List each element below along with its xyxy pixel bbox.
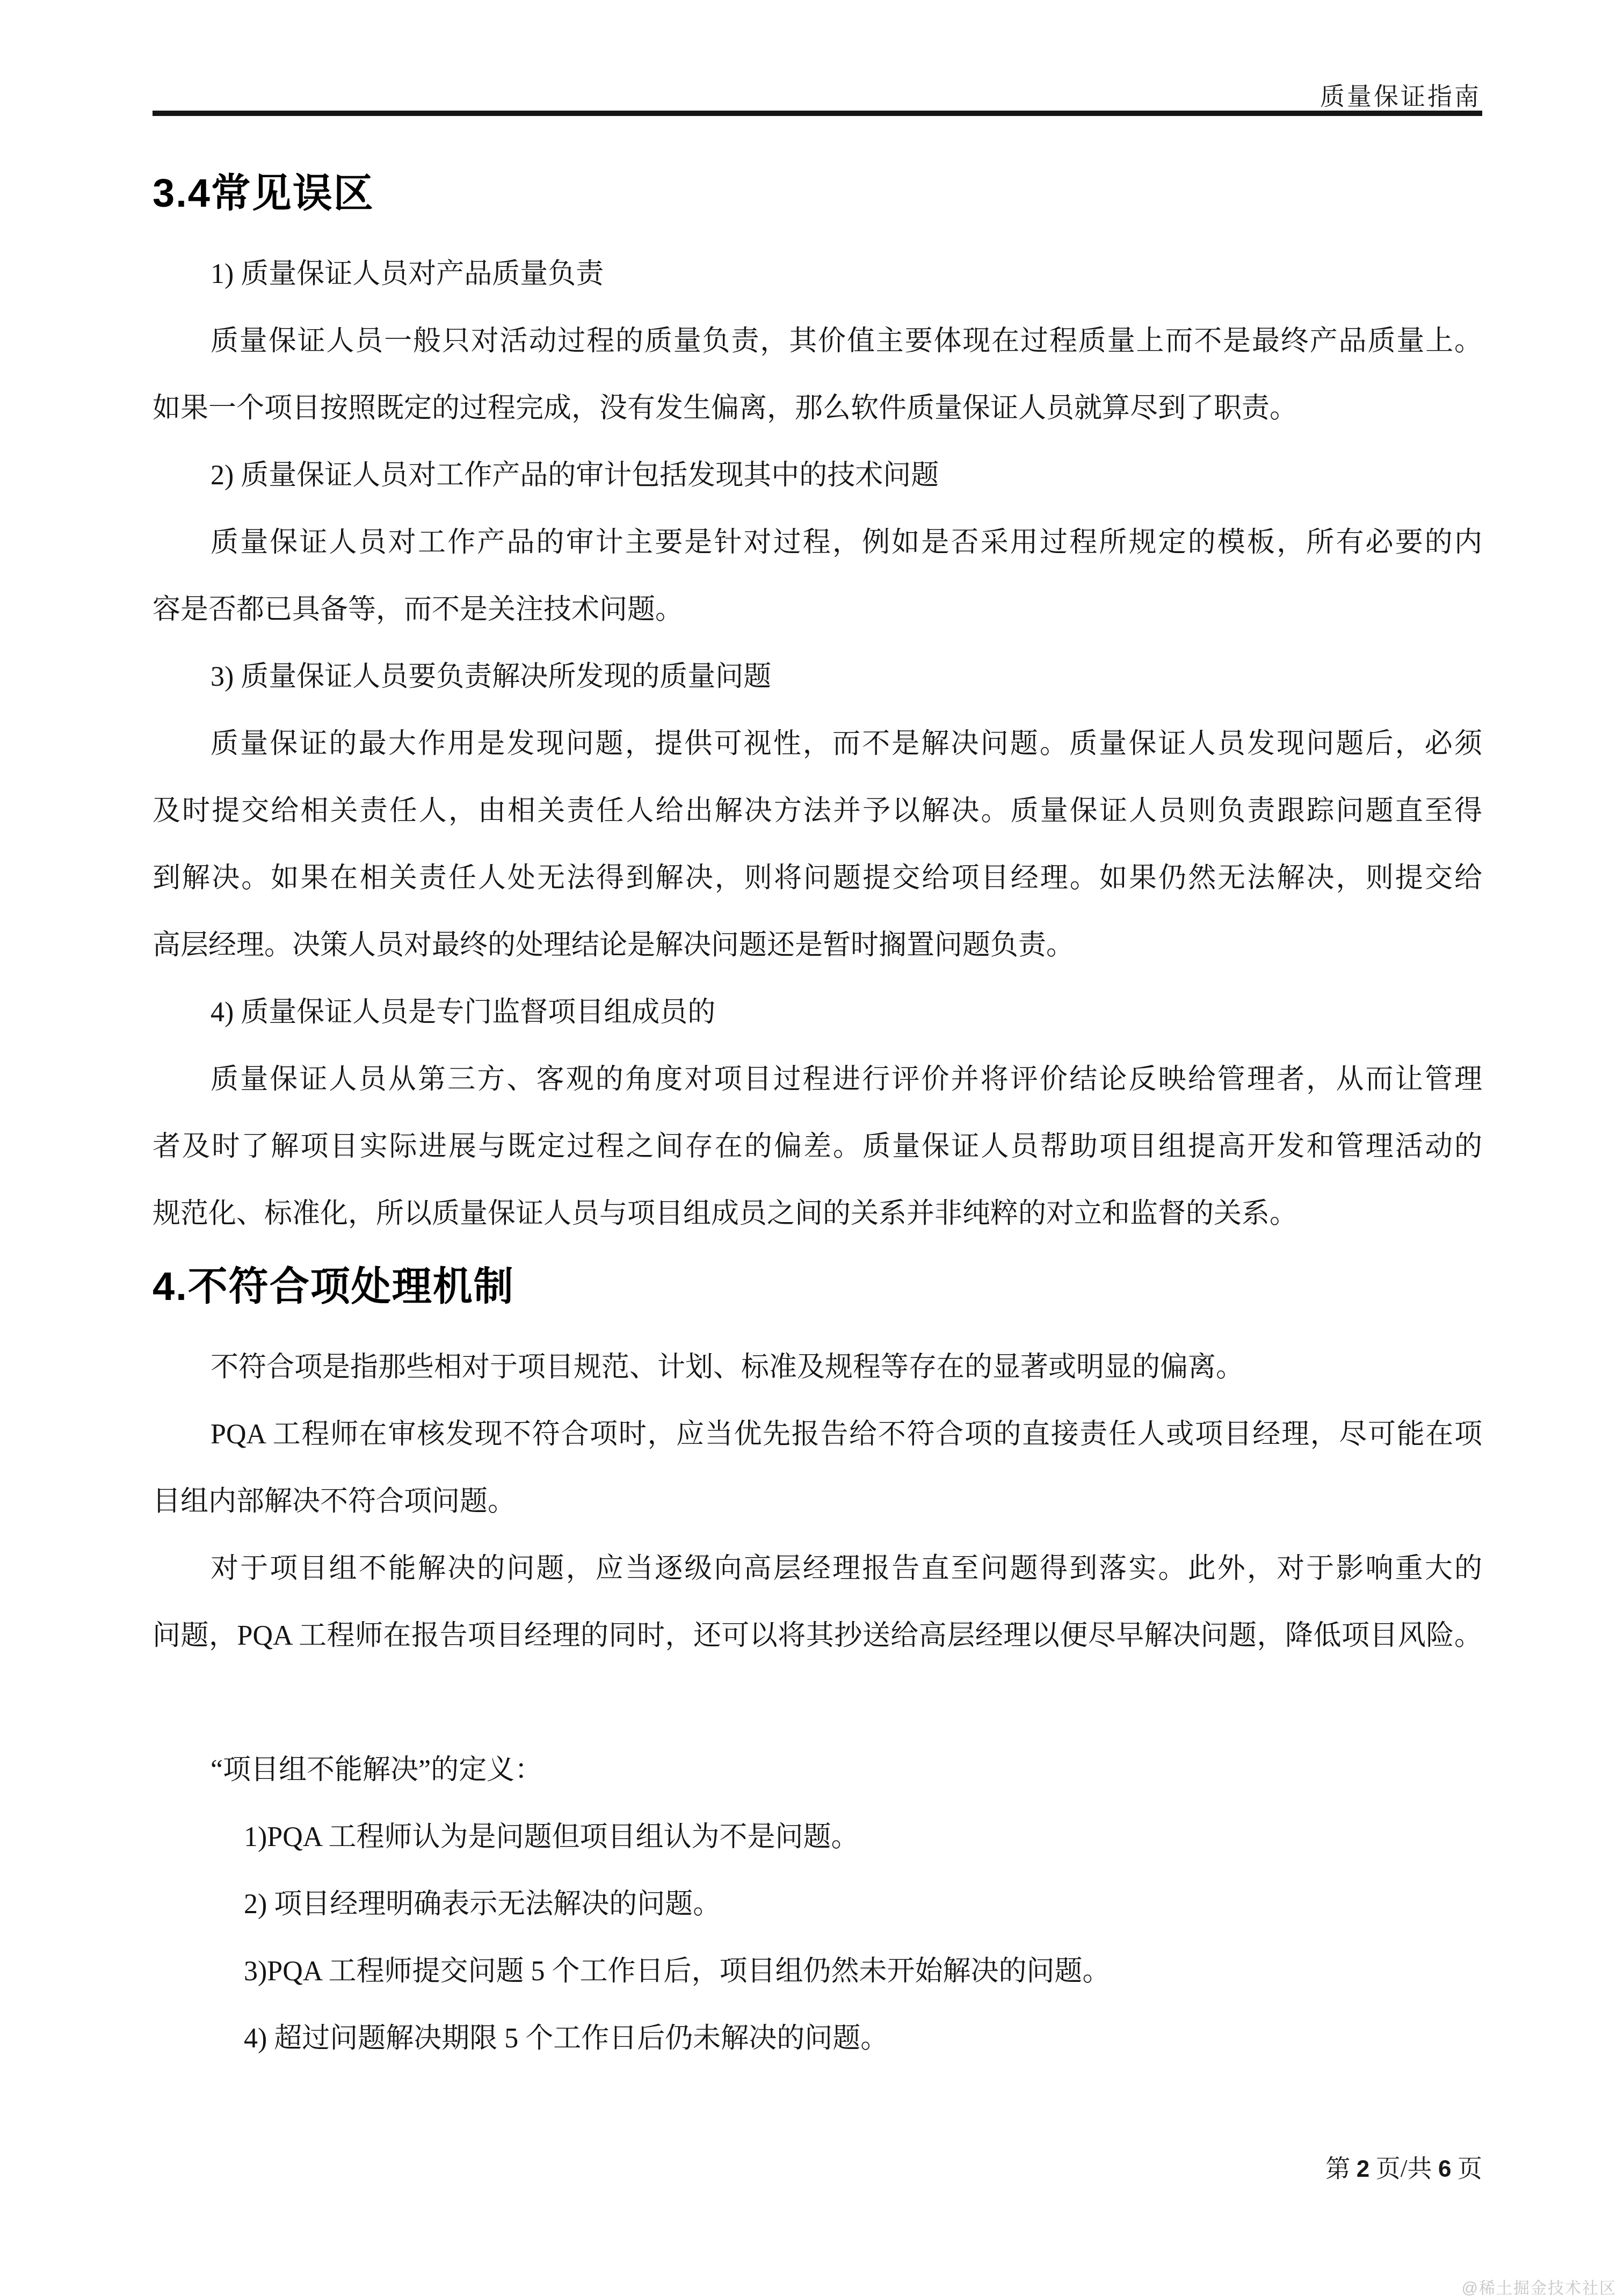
page-footer: 第 2 页/共 6 页 bbox=[1325, 2149, 1482, 2184]
text-line: 4) 超过问题解决期限 5 个工作日后仍未解决的问题。 bbox=[153, 2005, 1482, 2072]
text-line: 如果一个项目按照既定的过程完成，没有发生偏离，那么软件质量保证人员就算尽到了职责… bbox=[153, 375, 1482, 442]
text-line: 2) 项目经理明确表示无法解决的问题。 bbox=[153, 1871, 1482, 1938]
text-line: 质量保证人员从第三方、客观的角度对项目过程进行评价并将评价结论反映给管理者，从而… bbox=[153, 1046, 1482, 1113]
footer-middle: 页/共 bbox=[1369, 2155, 1438, 2182]
text-line: 4) 质量保证人员是专门监督项目组成员的 bbox=[153, 979, 1482, 1046]
text-line: 者及时了解项目实际进展与既定过程之间存在的偏差。质量保证人员帮助项目组提高开发和… bbox=[153, 1113, 1482, 1180]
total-pages: 6 bbox=[1438, 2156, 1451, 2182]
page-number: 2 bbox=[1357, 2156, 1369, 2182]
document-content: 3.4常见误区1) 质量保证人员对产品质量负责质量保证人员一般只对活动过程的质量… bbox=[153, 118, 1482, 2072]
section-heading: 3.4常见误区 bbox=[153, 164, 1482, 223]
text-line: 质量保证人员一般只对活动过程的质量负责，其价值主要体现在过程质量上而不是最终产品… bbox=[153, 308, 1482, 375]
watermark: @稀土掘金技术社区 bbox=[1462, 2275, 1616, 2296]
document-page: 质量保证指南 3.4常见误区1) 质量保证人员对产品质量负责质量保证人员一般只对… bbox=[0, 0, 1624, 2296]
text-line: 质量保证人员对工作产品的审计主要是针对过程，例如是否采用过程所规定的模板，所有必… bbox=[153, 509, 1482, 576]
section-heading: 4.不符合项处理机制 bbox=[153, 1257, 1482, 1316]
text-line: 目组内部解决不符合项问题。 bbox=[153, 1468, 1482, 1535]
blank-line bbox=[153, 1669, 1482, 1736]
text-line: “项目组不能解决”的定义： bbox=[153, 1736, 1482, 1804]
text-line: 高层经理。决策人员对最终的处理结论是解决问题还是暂时搁置问题负责。 bbox=[153, 912, 1482, 979]
header-rule bbox=[153, 111, 1482, 116]
text-line: 及时提交给相关责任人，由相关责任人给出解决方法并予以解决。质量保证人员则负责跟踪… bbox=[153, 778, 1482, 845]
text-line: 1)PQA 工程师认为是问题但项目组认为不是问题。 bbox=[153, 1804, 1482, 1871]
text-line: 对于项目组不能解决的问题，应当逐级向高层经理报告直至问题得到落实。此外，对于影响… bbox=[153, 1535, 1482, 1602]
text-line: 3) 质量保证人员要负责解决所发现的质量问题 bbox=[153, 643, 1482, 710]
text-line: PQA 工程师在审核发现不符合项时，应当优先报告给不符合项的直接责任人或项目经理… bbox=[153, 1401, 1482, 1468]
text-line: 容是否都已具备等，而不是关注技术问题。 bbox=[153, 576, 1482, 643]
text-line: 规范化、标准化，所以质量保证人员与项目组成员之间的关系并非纯粹的对立和监督的关系… bbox=[153, 1180, 1482, 1247]
text-line: 1) 质量保证人员对产品质量负责 bbox=[153, 241, 1482, 308]
footer-prefix: 第 bbox=[1325, 2155, 1357, 2182]
document-header-title: 质量保证指南 bbox=[1320, 77, 1481, 112]
text-line: 不符合项是指那些相对于项目规范、计划、标准及规程等存在的显著或明显的偏离。 bbox=[153, 1334, 1482, 1401]
text-line: 质量保证的最大作用是发现问题，提供可视性，而不是解决问题。质量保证人员发现问题后… bbox=[153, 710, 1482, 778]
footer-suffix: 页 bbox=[1452, 2155, 1483, 2182]
text-line: 2) 质量保证人员对工作产品的审计包括发现其中的技术问题 bbox=[153, 442, 1482, 509]
text-line: 3)PQA 工程师提交问题 5 个工作日后，项目组仍然未开始解决的问题。 bbox=[153, 1938, 1482, 2005]
text-line: 问题，PQA 工程师在报告项目经理的同时，还可以将其抄送给高层经理以便尽早解决问… bbox=[153, 1602, 1482, 1669]
text-line: 到解决。如果在相关责任人处无法得到解决，则将问题提交给项目经理。如果仍然无法解决… bbox=[153, 845, 1482, 912]
